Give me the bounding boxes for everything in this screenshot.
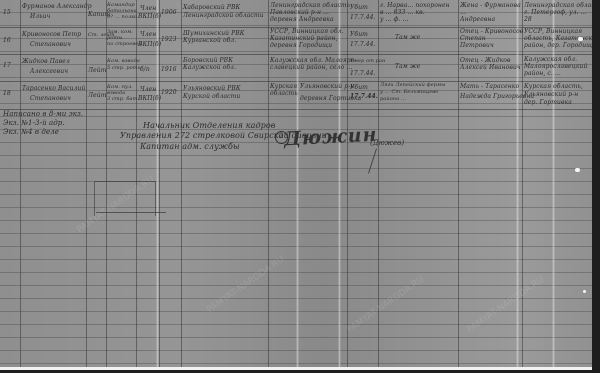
birth-year: 1923 (161, 36, 177, 44)
birth-year: 1920 (161, 89, 177, 97)
row-number: 16 (3, 37, 11, 45)
scan-bottom-edge (0, 367, 592, 370)
watermark: PAMYAT-NARODA.RU (205, 255, 286, 316)
row-number: 15 (3, 9, 11, 17)
fate: Убит (350, 4, 368, 12)
person-patronymic: Степанович (30, 41, 71, 49)
party: Член (140, 86, 156, 94)
column-divider (522, 0, 523, 367)
stamp (94, 181, 156, 216)
relative: Жена - Фурманова (460, 2, 521, 10)
footnote-line: Написано в 8-ми экз. (3, 111, 83, 119)
signature: Дюжин (284, 125, 378, 150)
rank: Лейт (88, 92, 107, 100)
watermark: PAMYAT-NARODA.RU (465, 275, 546, 336)
birthplace: Курской области (183, 93, 240, 101)
person-name: Кривоносов Петр (22, 31, 81, 39)
footnote-line: Экз. №4 в деле (3, 129, 59, 137)
row-number: 18 (3, 90, 11, 98)
birth-year: 1906 (161, 9, 177, 17)
stamp-signature-line (96, 212, 166, 213)
position-line: 3 стр. бат. (107, 96, 139, 102)
party: Член (140, 5, 156, 13)
person-patronymic: Алексеевич (30, 68, 68, 76)
column-divider (86, 0, 87, 367)
birthplace: Ульяновский РВК (183, 85, 241, 93)
birthplace: Ленинградской области (183, 12, 264, 20)
birthplace: Хабаровский РВК (183, 4, 240, 12)
family-address: славецкий район, село ... (270, 64, 352, 72)
paper-spot (575, 168, 580, 172)
fate: Умер от ран (350, 58, 385, 66)
footnote-line: Экз. №1-3-й адр. (3, 120, 65, 128)
relative: Петрович (460, 42, 494, 50)
party: б/п (140, 66, 150, 74)
relative-address: Курская область, (524, 83, 583, 91)
party: ВКП(б) (138, 13, 161, 21)
party: ВКП(б) (138, 41, 161, 49)
fate: Убит (350, 84, 368, 92)
watermark: PAMYAT-NARODA.RU (345, 275, 426, 336)
family-address: область (270, 90, 298, 98)
column-divider (20, 0, 21, 367)
fate: Убит (350, 31, 368, 39)
column-divider (159, 0, 160, 367)
position-line: Ком. взвода (107, 58, 140, 64)
person-patronymic: Степанович (30, 95, 71, 103)
column-divider (268, 0, 269, 367)
paper-crease (156, 0, 159, 370)
burial: Там же (395, 63, 420, 71)
rank: Лейт (88, 67, 107, 75)
party: ВКП(б) (138, 95, 161, 103)
fate-date: 17.7.44. (350, 14, 376, 22)
signatory-title: Начальник Отделения кадров (143, 121, 276, 130)
row-number: 17 (3, 62, 11, 70)
signatory-rank: Капитан адм. службы (140, 142, 240, 151)
column-divider (181, 0, 182, 367)
burial: Там же (395, 34, 420, 42)
fate-date: 17.7.44. (350, 41, 376, 49)
relative-address: дер. Гортивка (524, 99, 572, 107)
paper-crease (296, 0, 299, 370)
burial: района ... (380, 96, 406, 104)
position-line: 5 стр. роты (107, 65, 142, 71)
column-divider (458, 0, 459, 367)
paper-spot (578, 37, 583, 41)
column-divider (347, 0, 348, 367)
burial: у ... ф. ... (380, 16, 408, 24)
family-address: деревня Андреевка (270, 16, 334, 24)
document-sheet: PAMYAT-NARODA.RU PAMYAT-NARODA.RU PAMYAT… (0, 0, 592, 370)
person-name: Тарасенко Василий (22, 85, 85, 93)
signature-stroke (368, 148, 377, 173)
person-name: Фурманов Александр (22, 3, 92, 11)
birthplace: Калужской обл. (183, 64, 236, 72)
relative-address: район, дер. Городищи (524, 42, 592, 50)
relative-address: г. Петергоф, ул. ... (524, 9, 587, 17)
paper-spot (583, 290, 586, 293)
relative: Андреевна (460, 16, 495, 24)
relative: Мать - Тарасенко (460, 83, 519, 91)
person-patronymic: Ильич (30, 13, 50, 21)
fate-date: 17.7.44. (350, 70, 376, 78)
position-line: по строевой (107, 41, 142, 47)
relative-address: 28 (524, 16, 532, 24)
relative-address: Ульяновский р-н (524, 91, 578, 99)
signatory-name: (Дюжев) (370, 140, 404, 148)
relative: Алексей Иванович (460, 64, 521, 72)
family-address: деревня Городищи (270, 42, 332, 50)
position-line: 9? ... полка (107, 14, 137, 20)
relative-address: район, с. ... (524, 70, 561, 78)
fate-date: 17.7.44. (350, 93, 378, 101)
birthplace: Курганской обл. (183, 37, 236, 45)
party: Член (140, 31, 156, 39)
paper-crease (338, 0, 341, 370)
scan-right-edge (592, 0, 600, 373)
paper-crease (516, 0, 519, 370)
person-name: Жидков Павел (22, 58, 70, 66)
family-address: Ульяновский р-н (300, 83, 354, 91)
birth-year: 1916 (161, 66, 177, 74)
